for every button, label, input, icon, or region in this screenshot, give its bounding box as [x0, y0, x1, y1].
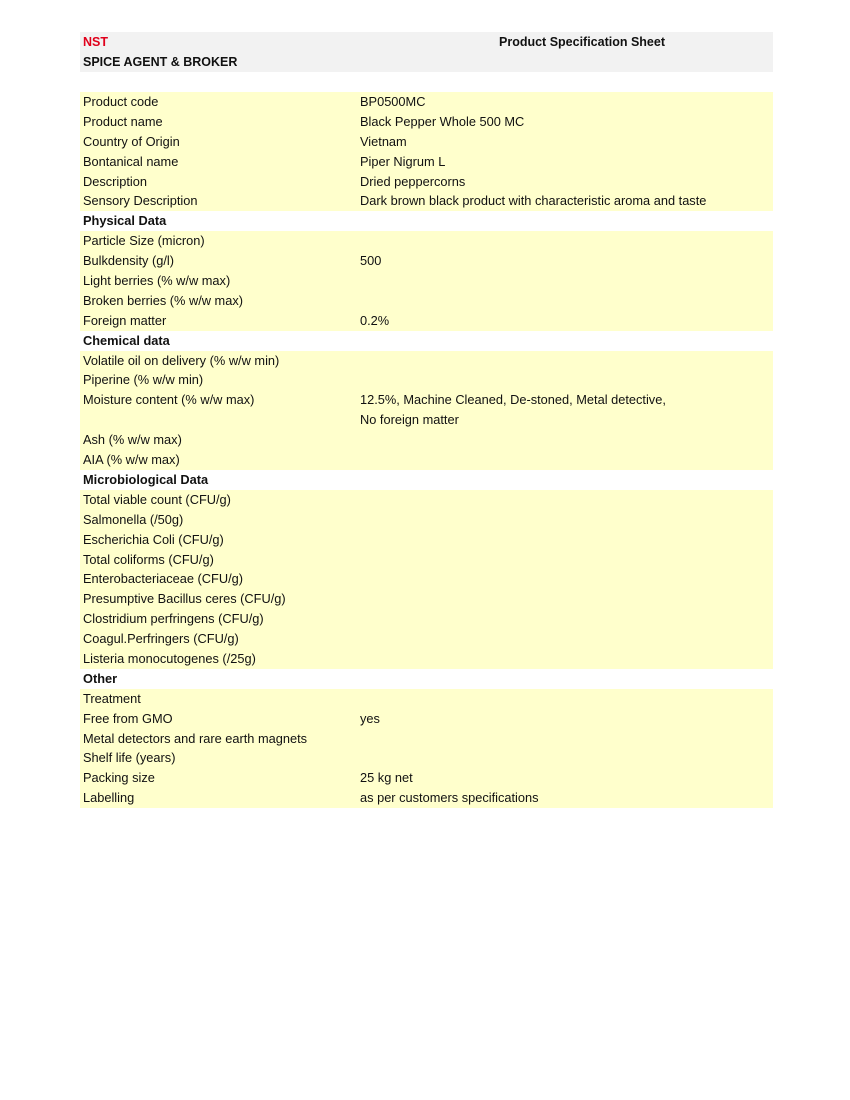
section-header: Physical Data — [80, 211, 773, 231]
spec-row: Sensory DescriptionDark brown black prod… — [80, 191, 773, 211]
spec-row: Presumptive Bacillus ceres (CFU/g) — [80, 589, 773, 609]
spec-value: BP0500MC — [360, 92, 425, 112]
spec-row: Listeria monocutogenes (/25g) — [80, 649, 773, 669]
spec-value-line: Vietnam — [360, 132, 407, 152]
company-tagline: SPICE AGENT & BROKER — [83, 55, 237, 69]
spec-row: Country of OriginVietnam — [80, 132, 773, 152]
spec-value: 12.5%, Machine Cleaned, De-stoned, Metal… — [360, 390, 666, 430]
spec-label: Labelling — [83, 788, 134, 808]
spec-row: Broken berries (% w/w max) — [80, 291, 773, 311]
spec-label: AIA (% w/w max) — [83, 450, 180, 470]
spec-value-line: 500 — [360, 251, 381, 271]
spec-label: Description — [83, 172, 147, 192]
spec-value: 25 kg net — [360, 768, 413, 788]
spec-row: Ash (% w/w max) — [80, 430, 773, 450]
sheet-header: NST SPICE AGENT & BROKER Product Specifi… — [80, 32, 773, 72]
spec-value: yes — [360, 709, 380, 729]
spec-label: Ash (% w/w max) — [83, 430, 182, 450]
spec-value-line: BP0500MC — [360, 92, 425, 112]
spec-value-line: 25 kg net — [360, 768, 413, 788]
spec-value: 0.2% — [360, 311, 389, 331]
spec-row: Enterobacteriaceae (CFU/g) — [80, 569, 773, 589]
spec-value-line: Dark brown black product with characteri… — [360, 191, 706, 211]
spec-value-line: yes — [360, 709, 380, 729]
section-header: Chemical data — [80, 331, 773, 351]
spec-row: Particle Size (micron) — [80, 231, 773, 251]
spec-label: Shelf life (years) — [83, 748, 175, 768]
spec-value: Dark brown black product with characteri… — [360, 191, 706, 211]
spec-label: Treatment — [83, 689, 141, 709]
spec-row: Piperine (% w/w min) — [80, 370, 773, 390]
spec-row: Shelf life (years) — [80, 748, 773, 768]
spec-label: Total viable count (CFU/g) — [83, 490, 231, 510]
section-title: Physical Data — [83, 211, 166, 231]
spec-label: Particle Size (micron) — [83, 231, 205, 251]
spec-value: as per customers specifications — [360, 788, 539, 808]
spec-row: Light berries (% w/w max) — [80, 271, 773, 291]
spec-label: Country of Origin — [83, 132, 180, 152]
spec-row: Labellingas per customers specifications — [80, 788, 773, 808]
spec-label: Broken berries (% w/w max) — [83, 291, 243, 311]
spec-label: Sensory Description — [83, 191, 198, 211]
specification-table: Product codeBP0500MCProduct nameBlack Pe… — [80, 92, 773, 808]
section-title: Chemical data — [83, 331, 170, 351]
spec-value-line: 0.2% — [360, 311, 389, 331]
spec-label: Listeria monocutogenes (/25g) — [83, 649, 256, 669]
spec-label: Piperine (% w/w min) — [83, 370, 203, 390]
section-header: Microbiological Data — [80, 470, 773, 490]
spec-row: Bulkdensity (g/l)500 — [80, 251, 773, 271]
spec-row: Coagul.Perfringers (CFU/g) — [80, 629, 773, 649]
spec-row: Clostridium perfringens (CFU/g) — [80, 609, 773, 629]
spec-row: Moisture content (% w/w max)12.5%, Machi… — [80, 390, 773, 430]
spec-row: Product codeBP0500MC — [80, 92, 773, 112]
spec-label: Enterobacteriaceae (CFU/g) — [83, 569, 243, 589]
section-header: Other — [80, 669, 773, 689]
spec-value-line: as per customers specifications — [360, 788, 539, 808]
spec-label: Bontanical name — [83, 152, 178, 172]
spec-row: Metal detectors and rare earth magnets — [80, 729, 773, 749]
spec-row: Escherichia Coli (CFU/g) — [80, 530, 773, 550]
spec-label: Metal detectors and rare earth magnets — [83, 729, 307, 749]
spec-row: Total coliforms (CFU/g) — [80, 550, 773, 570]
spec-label: Moisture content (% w/w max) — [83, 390, 254, 410]
spec-value: Black Pepper Whole 500 MC — [360, 112, 524, 132]
spec-value-line: Piper Nigrum L — [360, 152, 445, 172]
spec-row: Foreign matter0.2% — [80, 311, 773, 331]
spec-row: AIA (% w/w max) — [80, 450, 773, 470]
spec-row: Total viable count (CFU/g) — [80, 490, 773, 510]
spec-value: Vietnam — [360, 132, 407, 152]
spec-label: Volatile oil on delivery (% w/w min) — [83, 351, 279, 371]
company-brand: NST — [83, 35, 108, 49]
document-title: Product Specification Sheet — [499, 35, 665, 49]
spec-value-line: Black Pepper Whole 500 MC — [360, 112, 524, 132]
spec-label: Clostridium perfringens (CFU/g) — [83, 609, 264, 629]
spec-row: DescriptionDried peppercorns — [80, 172, 773, 192]
section-title: Other — [83, 669, 117, 689]
spec-value: 500 — [360, 251, 381, 271]
spec-value-line: Dried peppercorns — [360, 172, 465, 192]
spec-label: Foreign matter — [83, 311, 166, 331]
spec-row: Packing size25 kg net — [80, 768, 773, 788]
spec-label: Packing size — [83, 768, 155, 788]
spec-label: Presumptive Bacillus ceres (CFU/g) — [83, 589, 286, 609]
spec-row: Treatment — [80, 689, 773, 709]
spec-label: Bulkdensity (g/l) — [83, 251, 174, 271]
spec-value: Dried peppercorns — [360, 172, 465, 192]
spec-value-line: No foreign matter — [360, 410, 666, 430]
spec-row: Free from GMOyes — [80, 709, 773, 729]
spec-row: Bontanical namePiper Nigrum L — [80, 152, 773, 172]
spec-value: Piper Nigrum L — [360, 152, 445, 172]
spec-label: Total coliforms (CFU/g) — [83, 550, 214, 570]
spec-row: Volatile oil on delivery (% w/w min) — [80, 351, 773, 371]
spec-value-line: 12.5%, Machine Cleaned, De-stoned, Metal… — [360, 390, 666, 410]
spec-label: Coagul.Perfringers (CFU/g) — [83, 629, 239, 649]
spec-label: Escherichia Coli (CFU/g) — [83, 530, 224, 550]
spec-row: Salmonella (/50g) — [80, 510, 773, 530]
spec-label: Free from GMO — [83, 709, 173, 729]
spec-label: Salmonella (/50g) — [83, 510, 183, 530]
section-title: Microbiological Data — [83, 470, 208, 490]
spec-row: Product nameBlack Pepper Whole 500 MC — [80, 112, 773, 132]
spec-label: Product code — [83, 92, 158, 112]
spec-label: Light berries (% w/w max) — [83, 271, 230, 291]
spec-label: Product name — [83, 112, 163, 132]
